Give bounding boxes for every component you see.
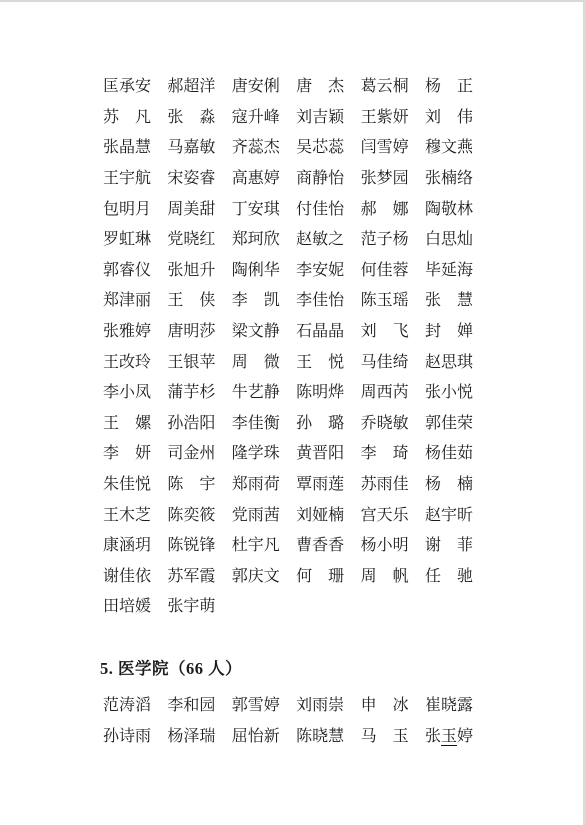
person-name: 郑珂欣 [232, 232, 280, 248]
person-name: 王 侠 [167, 293, 215, 309]
person-name: 苏雨佳 [361, 477, 409, 493]
person-name: 曹香香 [296, 538, 344, 554]
person-name: 李和园 [167, 698, 215, 714]
person-name: 赵敏之 [296, 232, 344, 248]
person-name: 田培媛 [103, 599, 151, 615]
person-name: 苏军霞 [167, 569, 215, 585]
person-name: 唐安俐 [232, 79, 280, 95]
person-name: 杨 正 [425, 79, 473, 95]
person-name: 郑雨荷 [232, 477, 280, 493]
person-name: 杨 楠 [425, 477, 473, 493]
person-name: 孙浩阳 [167, 416, 215, 432]
person-name: 丁安琪 [232, 202, 280, 218]
person-name: 王 悦 [296, 355, 344, 371]
person-name: 张 慧 [425, 293, 473, 309]
person-name: 孙 璐 [296, 416, 344, 432]
person-name: 覃雨莲 [296, 477, 344, 493]
name-row: 王 嫘孙浩阳李佳衡孙 璐乔晓敏郭佳荣 [103, 409, 543, 440]
person-name: 张晶慧 [103, 140, 151, 156]
person-name: 党晓红 [167, 232, 215, 248]
person-name: 朱佳悦 [103, 477, 151, 493]
person-name: 陶敬林 [425, 202, 473, 218]
person-name: 刘雨崇 [296, 698, 344, 714]
person-name: 党雨茜 [232, 508, 280, 524]
name-row: 张晶慧马嘉敏齐蕊杰吴芯蕊闫雪婷穆文燕 [103, 133, 543, 164]
person-name: 张楠络 [425, 171, 473, 187]
name-row: 包明月周美甜丁安琪付佳怡郝 娜陶敬林 [103, 194, 543, 225]
person-name: 白思灿 [425, 232, 473, 248]
person-name: 张梦园 [361, 171, 409, 187]
name-row: 郭睿仪张旭升陶俐华李安妮何佳蓉毕延海 [103, 256, 543, 287]
page-content: 匡承安郝超洋唐安俐唐 杰葛云桐杨 正苏 凡张 淼寇升峰刘吉颖王紫妍刘 伟张晶慧马… [103, 72, 543, 752]
person-name: 黄晋阳 [296, 446, 344, 462]
person-name: 王银苹 [167, 355, 215, 371]
person-name: 何 珊 [296, 569, 344, 585]
person-name: 包明月 [103, 202, 151, 218]
person-name: 齐蕊杰 [232, 140, 280, 156]
person-name: 赵思琪 [425, 355, 473, 371]
person-name: 范涛滔 [103, 698, 151, 714]
person-name: 李小凤 [103, 385, 151, 401]
person-name: 宫天乐 [361, 508, 409, 524]
person-name: 李 琦 [361, 446, 409, 462]
person-name: 葛云桐 [361, 79, 409, 95]
person-name: 毕延海 [425, 263, 473, 279]
person-name: 梁文静 [232, 324, 280, 340]
person-name: 王改玲 [103, 355, 151, 371]
person-name: 乔晓敏 [361, 416, 409, 432]
person-name: 刘 伟 [425, 110, 473, 126]
name-row: 谢佳依苏军霞郭庆文何 珊周 帆任 驰 [103, 562, 543, 593]
person-name: 司金州 [167, 446, 215, 462]
name-row: 王宇航宋姿睿高惠婷商静怡张梦园张楠络 [103, 164, 543, 195]
person-name: 杨泽瑞 [167, 729, 215, 745]
person-name: 马 玉 [361, 729, 409, 745]
person-name: 郭睿仪 [103, 263, 151, 279]
person-name: 刘吉颖 [296, 110, 344, 126]
person-name: 郭佳荣 [425, 416, 473, 432]
person-name: 赵宇昕 [425, 508, 473, 524]
person-name: 陈明烨 [296, 385, 344, 401]
person-name: 高惠婷 [232, 171, 280, 187]
person-name: 屈怡新 [232, 729, 280, 745]
person-name: 封 婵 [425, 324, 473, 340]
person-name: 寇升峰 [232, 110, 280, 126]
person-name: 张 淼 [167, 110, 215, 126]
person-name: 王紫妍 [361, 110, 409, 126]
person-name: 宋姿睿 [167, 171, 215, 187]
person-name: 郭雪婷 [232, 698, 280, 714]
name-row: 匡承安郝超洋唐安俐唐 杰葛云桐杨 正 [103, 72, 543, 103]
person-name: 李安妮 [296, 263, 344, 279]
name-row: 郑津丽王 侠李 凯李佳怡陈玉瑶张 慧 [103, 286, 543, 317]
section4-name-grid: 匡承安郝超洋唐安俐唐 杰葛云桐杨 正苏 凡张 淼寇升峰刘吉颖王紫妍刘 伟张晶慧马… [103, 72, 543, 623]
name-row: 范涛滔李和园郭雪婷刘雨崇申 冰崔晓露 [103, 691, 543, 722]
person-name: 匡承安 [103, 79, 151, 95]
person-name: 周西芮 [361, 385, 409, 401]
person-name: 李佳怡 [296, 293, 344, 309]
person-name: 杨小明 [361, 538, 409, 554]
person-name: 谢 菲 [425, 538, 473, 554]
person-name: 李 妍 [103, 446, 151, 462]
person-name: 穆文燕 [425, 140, 473, 156]
person-name: 陈晓慧 [296, 729, 344, 745]
person-name: 周 帆 [361, 569, 409, 585]
person-name: 郝超洋 [167, 79, 215, 95]
name-row: 苏 凡张 淼寇升峰刘吉颖王紫妍刘 伟 [103, 103, 543, 134]
person-name: 牛艺静 [232, 385, 280, 401]
person-name: 蒲芋杉 [167, 385, 215, 401]
person-name: 孙诗雨 [103, 729, 151, 745]
person-name: 李佳衡 [232, 416, 280, 432]
person-name: 唐 杰 [296, 79, 344, 95]
person-name: 张宇萌 [167, 599, 215, 615]
document-page: 匡承安郝超洋唐安俐唐 杰葛云桐杨 正苏 凡张 淼寇升峰刘吉颖王紫妍刘 伟张晶慧马… [0, 0, 586, 825]
person-name: 王 嫘 [103, 416, 151, 432]
person-name: 杜宇凡 [232, 538, 280, 554]
person-name: 张小悦 [425, 385, 473, 401]
person-name: 陈奕筱 [167, 508, 215, 524]
name-row: 李小凤蒲芋杉牛艺静陈明烨周西芮张小悦 [103, 378, 543, 409]
person-name: 郭庆文 [232, 569, 280, 585]
person-name: 郝 娜 [361, 202, 409, 218]
name-row: 田培媛张宇萌 [103, 592, 543, 623]
person-name: 张旭升 [167, 263, 215, 279]
person-name: 隆学珠 [232, 446, 280, 462]
person-name: 张雅婷 [103, 324, 151, 340]
person-name: 马佳绮 [361, 355, 409, 371]
person-name: 李 凯 [232, 293, 280, 309]
person-name: 陈玉瑶 [361, 293, 409, 309]
person-name: 杨佳茹 [425, 446, 473, 462]
person-name: 商静怡 [296, 171, 344, 187]
person-name: 苏 凡 [103, 110, 151, 126]
person-name: 陈 宇 [167, 477, 215, 493]
person-name: 任 驰 [425, 569, 473, 585]
person-name: 郑津丽 [103, 293, 151, 309]
person-name: 刘娅楠 [296, 508, 344, 524]
name-row: 李 妍司金州隆学珠黄晋阳李 琦杨佳茹 [103, 439, 543, 470]
name-row: 王改玲王银苹周 微王 悦马佳绮赵思琪 [103, 347, 543, 378]
person-name: 付佳怡 [296, 202, 344, 218]
name-row: 罗虹琳党晓红郑珂欣赵敏之范子杨白思灿 [103, 225, 543, 256]
person-name: 石晶晶 [296, 324, 344, 340]
person-name: 申 冰 [361, 698, 409, 714]
person-name: 闫雪婷 [361, 140, 409, 156]
name-row: 王木芝陈奕筱党雨茜刘娅楠宫天乐赵宇昕 [103, 500, 543, 531]
person-name: 刘 飞 [361, 324, 409, 340]
person-name: 王木芝 [103, 508, 151, 524]
underlined-character: 玉 [441, 728, 457, 747]
section5-name-grid: 范涛滔李和园郭雪婷刘雨崇申 冰崔晓露孙诗雨杨泽瑞屈怡新陈晓慧马 玉张玉婷 [103, 691, 543, 752]
person-name: 陈锐锋 [167, 538, 215, 554]
person-name: 范子杨 [361, 232, 409, 248]
section5-heading: 5. 医学院（66 人） [100, 654, 543, 684]
name-row: 孙诗雨杨泽瑞屈怡新陈晓慧马 玉张玉婷 [103, 721, 543, 752]
person-name: 罗虹琳 [103, 232, 151, 248]
person-name: 张玉婷 [425, 729, 473, 745]
person-name: 崔晓露 [425, 698, 473, 714]
person-name: 周 微 [232, 355, 280, 371]
person-name: 康涵玥 [103, 538, 151, 554]
person-name: 何佳蓉 [361, 263, 409, 279]
person-name: 马嘉敏 [167, 140, 215, 156]
person-name: 谢佳依 [103, 569, 151, 585]
person-name: 吴芯蕊 [296, 140, 344, 156]
name-row: 张雅婷唐明莎梁文静石晶晶刘 飞封 婵 [103, 317, 543, 348]
person-name: 周美甜 [167, 202, 215, 218]
person-name: 唐明莎 [167, 324, 215, 340]
name-row: 康涵玥陈锐锋杜宇凡曹香香杨小明谢 菲 [103, 531, 543, 562]
person-name: 王宇航 [103, 171, 151, 187]
person-name: 陶俐华 [232, 263, 280, 279]
name-row: 朱佳悦陈 宇郑雨荷覃雨莲苏雨佳杨 楠 [103, 470, 543, 501]
